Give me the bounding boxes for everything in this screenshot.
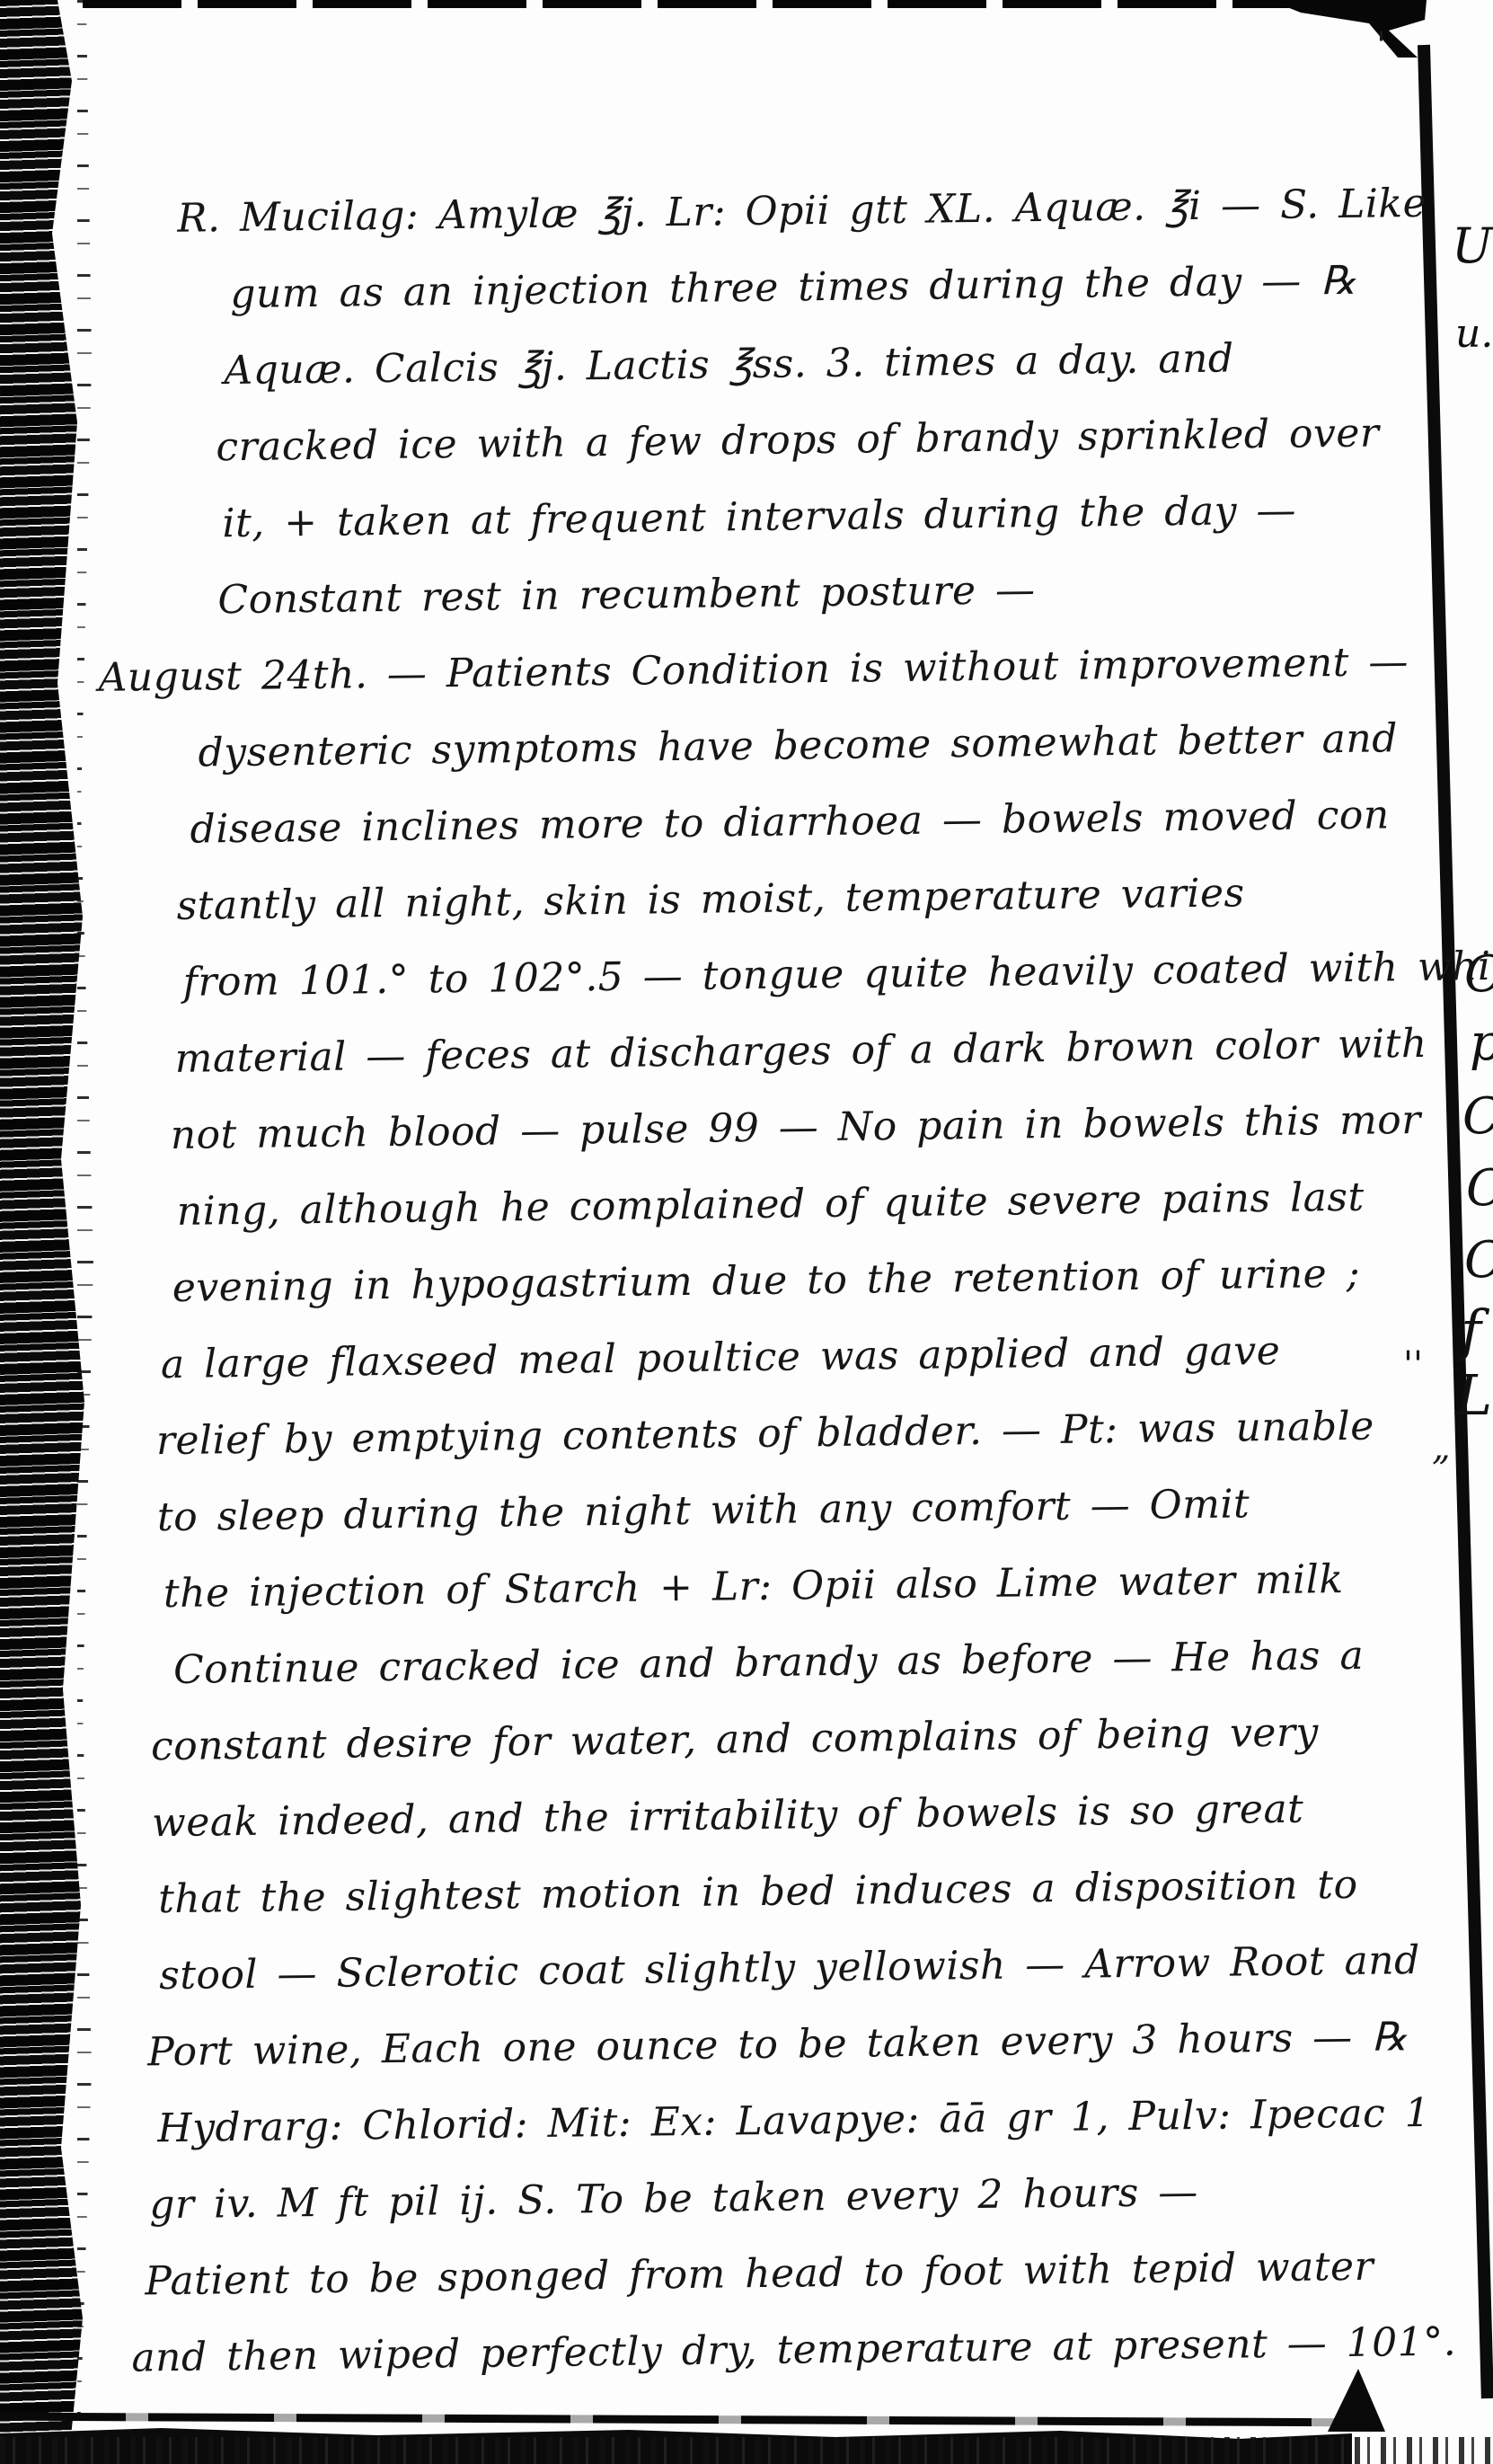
margin-tick-mark: ' [1376,25,1386,66]
manuscript-line: constant desire for water, and complains… [151,1713,1319,1767]
manuscript-line: evening in hypogastrium due to the reten… [172,1254,1361,1308]
manuscript-line: R. Mucilag: Amylæ ℥j. Lr: Opii gtt XL. A… [177,184,1427,239]
manuscript-line: gr iv. M ft pil ij. S. To be taken every… [149,2173,1198,2225]
adjacent-page-text-fragment: C [1466,1159,1493,1218]
adjacent-page-text-fragment: p [1470,1014,1493,1072]
manuscript-line: cracked ice with a few drops of brandy s… [216,413,1380,467]
manuscript-line: that the slightest motion in bed induces… [158,1866,1358,1919]
manuscript-line: stool — Sclerotic coat slightly yellowis… [159,1941,1420,1996]
manuscript-line: not much blood — pulse 99 — No pain in b… [171,1101,1422,1156]
manuscript-line: relief by emptying contents of bladder. … [156,1407,1374,1462]
manuscript-line: and then wiped perfectly dry, temperatur… [131,2323,1456,2379]
manuscript-line: it, + taken at frequent intervals during… [222,492,1296,545]
manuscript-line: Aquæ. Calcis ℥j. Lactis ℥ss. 3. times a … [224,339,1234,391]
manuscript-line: material — feces at discharges of a dark… [174,1024,1427,1079]
manuscript-line: weak indeed, and the irritability of bow… [152,1790,1304,1844]
manuscript-line: Constant rest in recumbent posture — [217,571,1035,620]
page-bottom-speckle [0,2437,1491,2464]
margin-tick-mark: '' [1403,1344,1423,1386]
manuscript-line: August 24th. — Patients Condition is wit… [98,643,1409,698]
manuscript-line: dysenteric symptoms have become somewhat… [198,719,1398,773]
manuscript-line: stantly all night, skin is moist, temper… [176,873,1244,926]
scanned-manuscript-page: R. Mucilag: Amylæ ℥j. Lr: Opii gtt XL. A… [0,0,1493,2464]
manuscript-line: Port wine, Each one ounce to be taken ev… [147,2017,1408,2072]
manuscript-line: to sleep during the night with any comfo… [157,1485,1250,1538]
manuscript: R. Mucilag: Amylæ ℥j. Lr: Opii gtt XL. A… [0,0,1493,2464]
manuscript-line: the injection of Starch + Lr: Opii also … [163,1560,1344,1614]
adjacent-page-text-fragment: L [1455,1362,1492,1428]
adjacent-page-text-fragment: C [1464,1231,1493,1290]
manuscript-line: Continue cracked ice and brandy as befor… [173,1636,1365,1690]
adjacent-page-text-fragment: C [1464,945,1493,1004]
adjacent-page-text-fragment: f [1461,1298,1481,1363]
manuscript-line: from 101.° to 102°.5 — tongue quite heav… [182,946,1493,1002]
manuscript-line: a large flaxseed meal poultice was appli… [161,1332,1281,1385]
manuscript-line: Hydrarg: Chlorid: Mit: Ex: Lavapye: āā g… [157,2094,1430,2149]
manuscript-line: gum as an injection three times during t… [230,261,1356,315]
margin-tick-mark: „ [1432,1427,1451,1468]
adjacent-page-text-fragment: C [1462,1087,1493,1146]
manuscript-line: disease inclines more to diarrhoea — bow… [190,795,1390,849]
manuscript-line: ning, although he complained of quite se… [177,1178,1365,1232]
adjacent-page-text-fragment: u. [1455,311,1493,357]
adjacent-page-text-fragment: U [1452,217,1493,274]
manuscript-line: Patient to be sponged from head to foot … [145,2247,1374,2302]
